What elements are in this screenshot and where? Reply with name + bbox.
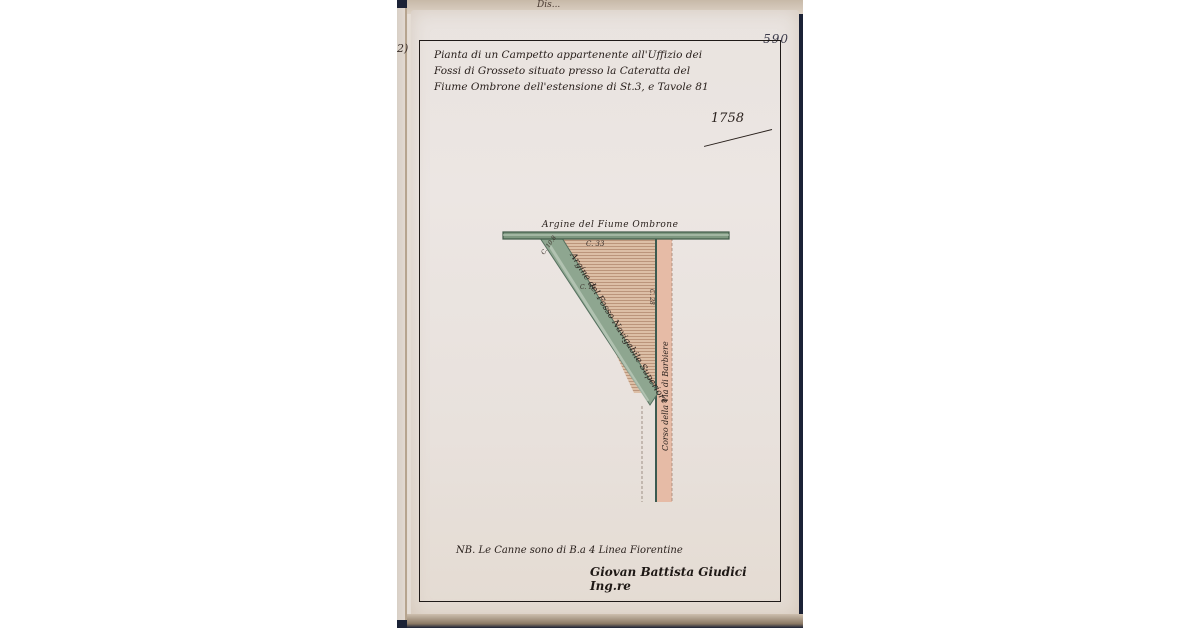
scale-note: NB. Le Canne sono di B.a 4 Linea Fiorent… [456,545,683,556]
svg-text:C. 33: C. 33 [586,240,605,248]
manuscript-scan: 2) Dis... 590 Pianta di un Campetto appa… [397,0,803,628]
map-frame: Pianta di un Campetto appartenente all'U… [419,40,781,602]
left-margin-mark: 2) [397,42,408,55]
svg-text:C. 28: C. 28 [648,289,655,305]
page-edge-line [405,8,407,620]
manuscript-page: 590 Pianta di un Campetto appartenente a… [411,10,799,618]
engineer-signature: Giovan Battista Giudici Ing.re [590,565,780,593]
plan-drawing: C. 33 C. 10.8 C. 16 C. 28 Argine del Fos… [420,41,780,601]
bottom-page-edge [407,614,803,628]
river-embankment-label: Argine del Fiume Ombrone [542,220,678,230]
svg-text:Corso della Via di Barbiere: Corso della Via di Barbiere [661,341,670,451]
top-margin-scribble: Dis... [537,0,560,10]
field-plan: C. 33 C. 10.8 C. 16 C. 28 Argine del Fos… [420,41,780,601]
